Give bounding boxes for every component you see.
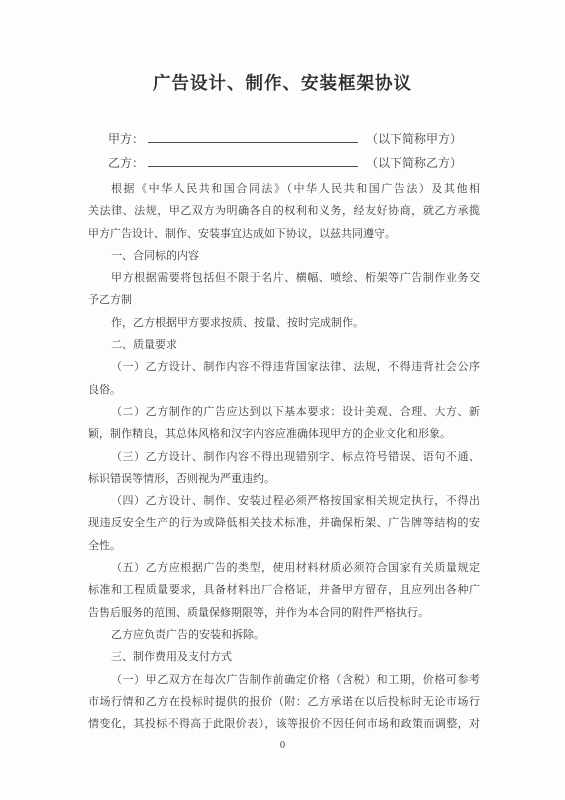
- contract-line: 关法律、法规，甲乙双方为明确各自的权利和义务，经友好协商，就乙方承揽: [88, 200, 480, 222]
- contract-body: 根据《中华人民共和国合同法》（中华人民共和国广告法）及其他相 关法律、法规，甲乙…: [88, 178, 480, 735]
- party-b-suffix: （以下简称乙方）: [366, 151, 462, 175]
- contract-line: 作，乙方根据甲方要求按质、按量、按时完成制作。: [88, 312, 480, 334]
- contract-line: 标识错误等情形，否则视为严重违约。: [88, 468, 480, 490]
- contract-line: 情变化，其投标不得高于此限价表），该等报价不因任何市场和政策而调整，对: [88, 713, 480, 735]
- contract-line: 一、合同标的内容: [88, 245, 480, 267]
- party-a-blank-line: [148, 128, 358, 143]
- party-a-suffix: （以下简称甲方）: [366, 127, 462, 151]
- party-b-row: 乙方：（以下简称乙方）: [108, 151, 462, 175]
- party-a-label: 甲方：: [108, 127, 144, 151]
- contract-line: 良俗。: [88, 379, 480, 401]
- party-a-row: 甲方：（以下简称甲方）: [108, 127, 462, 151]
- contract-line: 三、制作费用及支付方式: [88, 646, 480, 668]
- contract-line: 乙方应负责广告的安装和拆除。: [88, 624, 480, 646]
- contract-line: 颖，制作精良，其总体风格和汉字内容应准确体现甲方的企业文化和形象。: [88, 423, 480, 445]
- contract-line: （一）甲乙双方在每次广告制作前确定价格（含税）和工期，价格可参考: [88, 669, 480, 691]
- contract-line: 予乙方制: [88, 289, 480, 311]
- contract-line: （三）乙方设计、制作内容不得出现错别字、标点符号错误、语句不通、: [88, 446, 480, 468]
- contract-line: 根据《中华人民共和国合同法》（中华人民共和国广告法）及其他相: [88, 178, 480, 200]
- page-number: 0: [0, 740, 565, 751]
- party-b-blank-line: [148, 152, 358, 167]
- contract-line: 标准和工程质量要求，具备材料出厂合格证，并备甲方留存，且应列出各种广: [88, 579, 480, 601]
- contract-line: 市场行情和乙方在投标时提供的报价（附：乙方承诺在以后投标时无论市场行: [88, 691, 480, 713]
- party-b-label: 乙方：: [108, 151, 144, 175]
- contract-page: 广告设计、制作、安装框架协议 甲方：（以下简称甲方） 乙方：（以下简称乙方） 根…: [0, 0, 565, 800]
- contract-line: 二、质量要求: [88, 334, 480, 356]
- contract-line: 甲方根据需要将包括但不限于名片、横幅、喷绘、桁架等广告制作业务交: [88, 267, 480, 289]
- contract-line: （一）乙方设计、制作内容不得违背国家法律、法规，不得违背社会公序: [88, 356, 480, 378]
- contract-line: 全性。: [88, 535, 480, 557]
- parties-block: 甲方：（以下简称甲方） 乙方：（以下简称乙方）: [108, 127, 462, 175]
- document-title: 广告设计、制作、安装框架协议: [0, 70, 565, 95]
- contract-line: （二）乙方制作的广告应达到以下基本要求：设计美观、合理、大方、新: [88, 401, 480, 423]
- contract-line: 告售后服务的范围、质量保修期限等，并作为本合同的附件严格执行。: [88, 602, 480, 624]
- contract-line: 甲方广告设计、制作、安装事宜达成如下协议，以兹共同遵守。: [88, 223, 480, 245]
- contract-line: （五）乙方应根据广告的类型，使用材料材质必须符合国家有关质量规定: [88, 557, 480, 579]
- contract-line: 现违反安全生产的行为或降低相关技术标准，并确保桁架、广告牌等结构的安: [88, 512, 480, 534]
- contract-line: （四）乙方设计、制作、安装过程必须严格按国家相关规定执行，不得出: [88, 490, 480, 512]
